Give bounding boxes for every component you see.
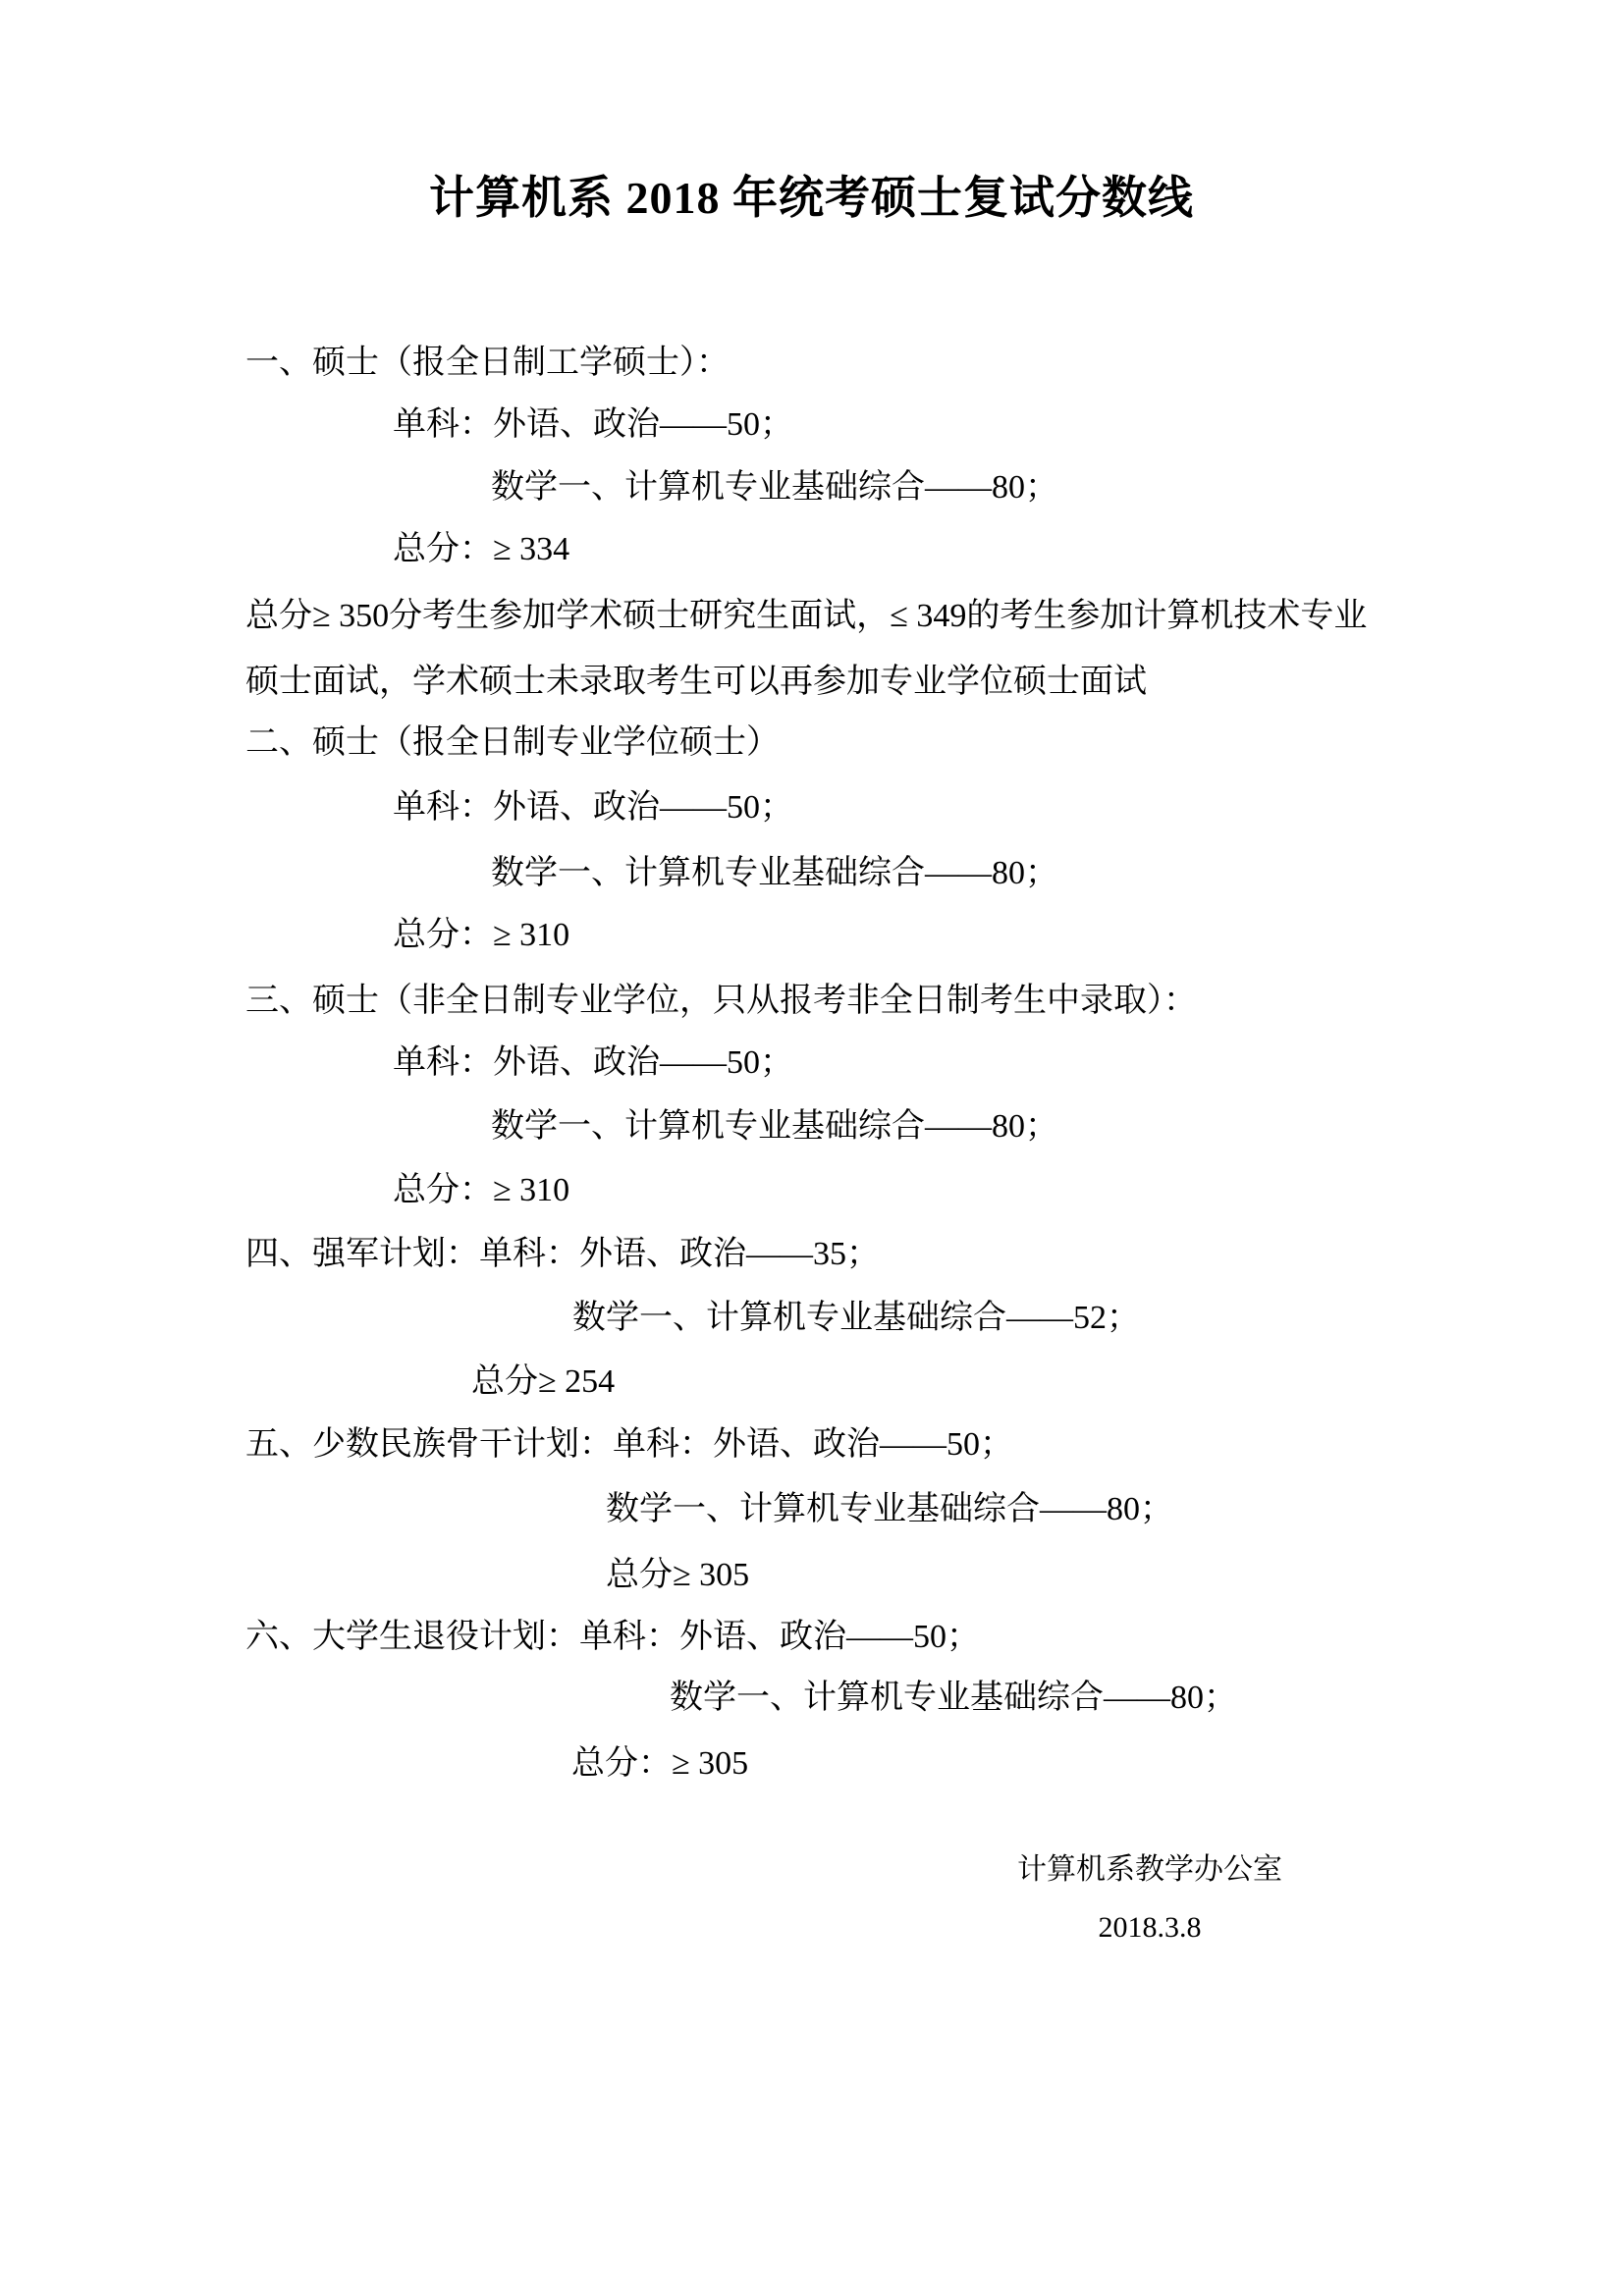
signature-office: 计算机系教学办公室 [1017,1851,1282,1889]
signature-date: 2018.3.8 [1017,1909,1282,1947]
section-1-math-subject: 数学一、计算机专业基础综合——80； [491,468,1058,507]
section-3-math-subject: 数学一、计算机专业基础综合——80； [491,1107,1058,1147]
section-2-math-subject: 数学一、计算机专业基础综合——80； [491,854,1058,893]
section-1-total-score: 总分：≥ 334 [393,530,569,569]
document-title: 计算机系 2018 年统考硕士复试分数线 [0,162,1623,227]
interview-note-line-1: 总分≥ 350分考生参加学术硕士研究生面试，≤ 349的考生参加计算机技术专业 [245,597,1367,636]
section-4-total-score: 总分≥ 254 [471,1362,615,1402]
section-4-heading: 四、强军计划：单科：外语、政治——35； [245,1235,880,1274]
section-6-math-subject: 数学一、计算机专业基础综合——80； [670,1679,1237,1718]
section-3-single-subject: 单科：外语、政治——50； [393,1043,793,1083]
section-6-total-score: 总分：≥ 305 [571,1744,748,1784]
section-3-heading: 三、硕士（非全日制专业学位，只从报考非全日制考生中录取）： [245,982,1197,1021]
section-5-total-score: 总分≥ 305 [606,1556,749,1595]
section-1-heading: 一、硕士（报全日制工学硕士）： [245,344,730,383]
section-5-math-subject: 数学一、计算机专业基础综合——80； [606,1490,1173,1529]
section-4-math-subject: 数学一、计算机专业基础综合——52； [572,1299,1140,1338]
section-1-single-subject: 单科：外语、政治——50； [393,405,793,445]
section-3-total-score: 总分：≥ 310 [393,1171,569,1210]
document-page: 计算机系 2018 年统考硕士复试分数线 一、硕士（报全日制工学硕士）： 单科：… [0,0,1623,2296]
section-2-total-score: 总分：≥ 310 [393,916,569,955]
interview-note-line-2: 硕士面试，学术硕士未录取考生可以再参加专业学位硕士面试 [245,663,1147,702]
section-2-heading: 二、硕士（报全日制专业学位硕士） [245,723,780,763]
section-6-heading: 六、大学生退役计划：单科：外语、政治——50； [245,1618,980,1657]
section-2-single-subject: 单科：外语、政治——50； [393,788,793,828]
section-5-heading: 五、少数民族骨干计划：单科：外语、政治——50； [245,1425,1013,1465]
